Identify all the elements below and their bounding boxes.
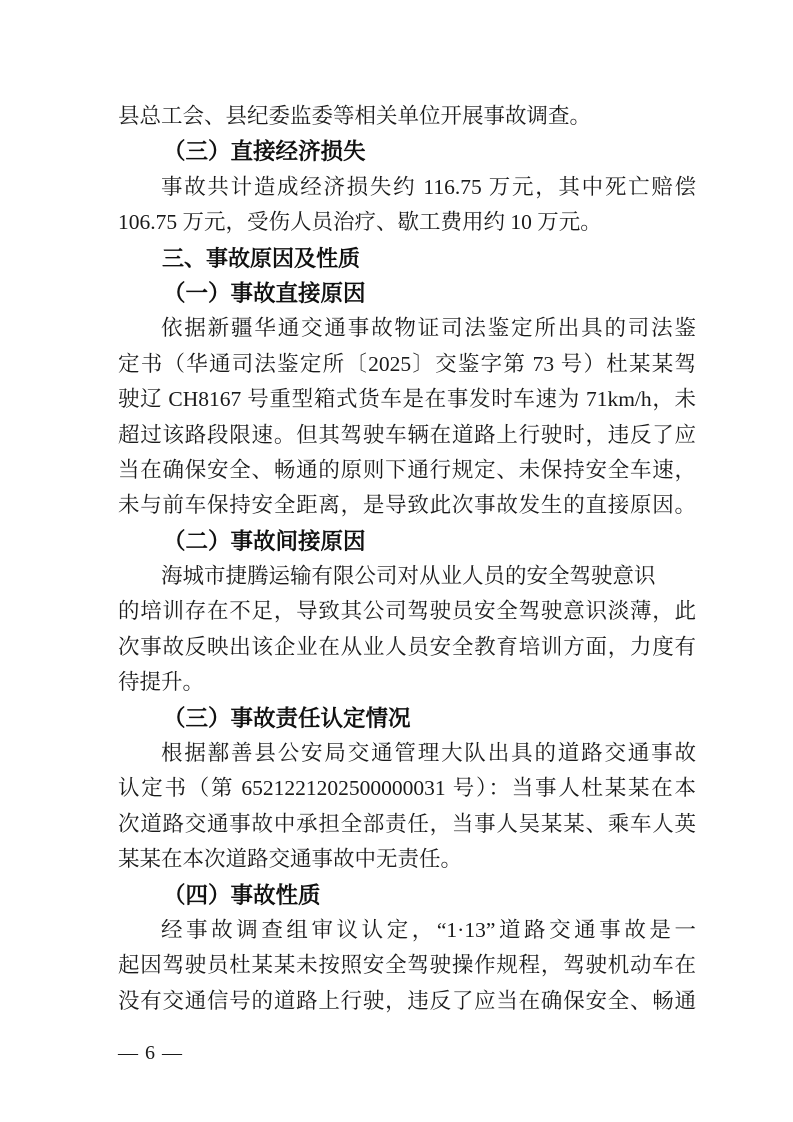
text-line: 的培训存在不足，导致其公司驾驶员安全驾驶意识淡薄，此 xyxy=(118,594,696,629)
text-line: 起因驾驶员杜某某未按照安全驾驶操作规程，驾驶机动车在 xyxy=(118,948,696,983)
section-heading-level2: （一）事故直接原因 xyxy=(118,276,696,311)
text-line: 超过该路段限速。但其驾驶车辆在道路上行驶时，违反了应 xyxy=(118,418,696,453)
section-heading-level2: （二）事故间接原因 xyxy=(118,524,696,559)
section-heading-level2: （三）事故责任认定情况 xyxy=(118,701,696,736)
text-line: 事故共计造成经济损失约 116.75 万元，其中死亡赔偿 xyxy=(118,170,696,205)
text-line: 没有交通信号的道路上行驶，违反了应当在确保安全、畅通 xyxy=(118,984,696,1019)
document-body: 县总工会、县纪委监委等相关单位开展事故调查。（三）直接经济损失事故共计造成经济损… xyxy=(118,99,696,1019)
text-line: 当在确保安全、畅通的原则下通行规定、未保持安全车速， xyxy=(118,453,696,488)
text-line: 某某在本次道路交通事故中无责任。 xyxy=(118,842,696,877)
text-line: 县总工会、县纪委监委等相关单位开展事故调查。 xyxy=(118,99,696,134)
text-line: 106.75 万元，受伤人员治疗、歇工费用约 10 万元。 xyxy=(118,205,696,240)
text-line: 次道路交通事故中承担全部责任，当事人吴某某、乘车人英 xyxy=(118,807,696,842)
text-line: 待提升。 xyxy=(118,665,696,700)
text-line: 经事故调查组审议认定，“1·13”道路交通事故是一 xyxy=(118,913,696,948)
text-line: 依据新疆华通交通事故物证司法鉴定所出具的司法鉴 xyxy=(118,311,696,346)
section-heading-level2: （三）直接经济损失 xyxy=(118,134,696,169)
page-number: — 6 — xyxy=(118,1041,183,1065)
text-line: 根据鄯善县公安局交通管理大队出具的道路交通事故 xyxy=(118,736,696,771)
text-line: 驶辽 CH8167 号重型箱式货车是在事发时车速为 71km/h，未 xyxy=(118,382,696,417)
text-line: 定书（华通司法鉴定所〔2025〕交鉴字第 73 号）杜某某驾 xyxy=(118,347,696,382)
text-line: 认定书（第 6521221202500000031 号）：当事人杜某某在本 xyxy=(118,771,696,806)
text-line: 未与前车保持安全距离，是导致此次事故发生的直接原因。 xyxy=(118,488,696,523)
document-page: 县总工会、县纪委监委等相关单位开展事故调查。（三）直接经济损失事故共计造成经济损… xyxy=(0,0,793,1122)
text-line: 海城市捷腾运输有限公司对从业人员的安全驾驶意识 xyxy=(118,559,696,594)
text-line: 次事故反映出该企业在从业人员安全教育培训方面，力度有 xyxy=(118,630,696,665)
section-heading-level2: （四）事故性质 xyxy=(118,878,696,913)
section-heading-level1: 三、事故原因及性质 xyxy=(118,241,696,276)
